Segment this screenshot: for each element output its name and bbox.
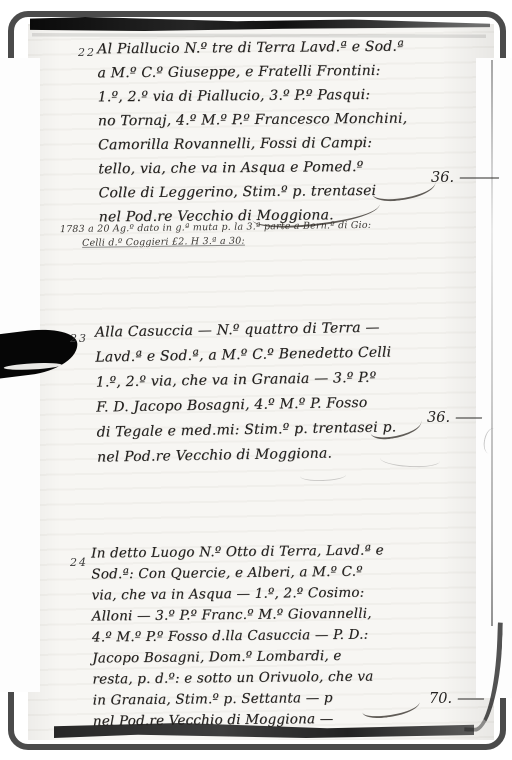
manuscript-line: 1.º, 2.º via di Piallucio, 3.º P.º Pasqu… <box>98 83 408 110</box>
manuscript-line: Jacopo Bosagni, Dom.º Lombardi, e <box>92 645 385 669</box>
entry-number-22: 22 <box>78 46 96 59</box>
scanned-manuscript-page: { "colors": { "frame": "#4b4b4b", "paper… <box>0 0 512 760</box>
manuscript-line: a M.º C.º Giuseppe, e Fratelli Frontini: <box>97 59 407 86</box>
page-right-edge-line <box>491 60 493 626</box>
entry-number-23: 23 <box>70 332 88 345</box>
value-filler-dash: —— <box>450 410 481 426</box>
manuscript-line: Camorilla Rovannelli, Fossi di Campi: <box>98 131 408 158</box>
manuscript-line: Al Piallucio N.º tre di Terra Lavd.ª e S… <box>97 35 407 62</box>
manuscript-line: in Granaia, Stim.º p. Settanta — p <box>93 687 386 711</box>
entry-23-text: Alla Casuccia — N.º quattro di Terra —La… <box>95 315 397 470</box>
entry-24-value: 70. —— <box>429 691 483 707</box>
entry-24-text: In detto Luogo N.º Otto di Terra, Lavd.ª… <box>91 540 386 732</box>
manuscript-line: nel Pod.re Vecchio di Moggiona. <box>97 440 397 470</box>
manuscript-line: no Tornaj, 4.º M.º P.º Francesco Monchin… <box>98 107 408 134</box>
manuscript-line: resta, p. d.º: e sotto un Orivuolo, che … <box>92 666 385 690</box>
manuscript-line: nel Pod.re Vecchio di Moggiona — <box>93 708 386 732</box>
manuscript-line: tello, via, che va in Asqua e Pomed.º <box>98 155 408 182</box>
value-filler-dash: —— <box>452 691 483 707</box>
entry-number-24: 24 <box>70 556 88 569</box>
value-number: 70. <box>429 691 452 707</box>
entry-22-value: 36. ——— <box>431 170 498 186</box>
manuscript-line: di Tegale e med.mi: Stim.º p. trentasei … <box>96 415 396 445</box>
entry-23-value: 36. —— <box>427 410 481 426</box>
page-overlap-right <box>476 58 512 698</box>
value-number: 36. <box>427 410 450 426</box>
value-filler-dash: ——— <box>454 170 498 186</box>
